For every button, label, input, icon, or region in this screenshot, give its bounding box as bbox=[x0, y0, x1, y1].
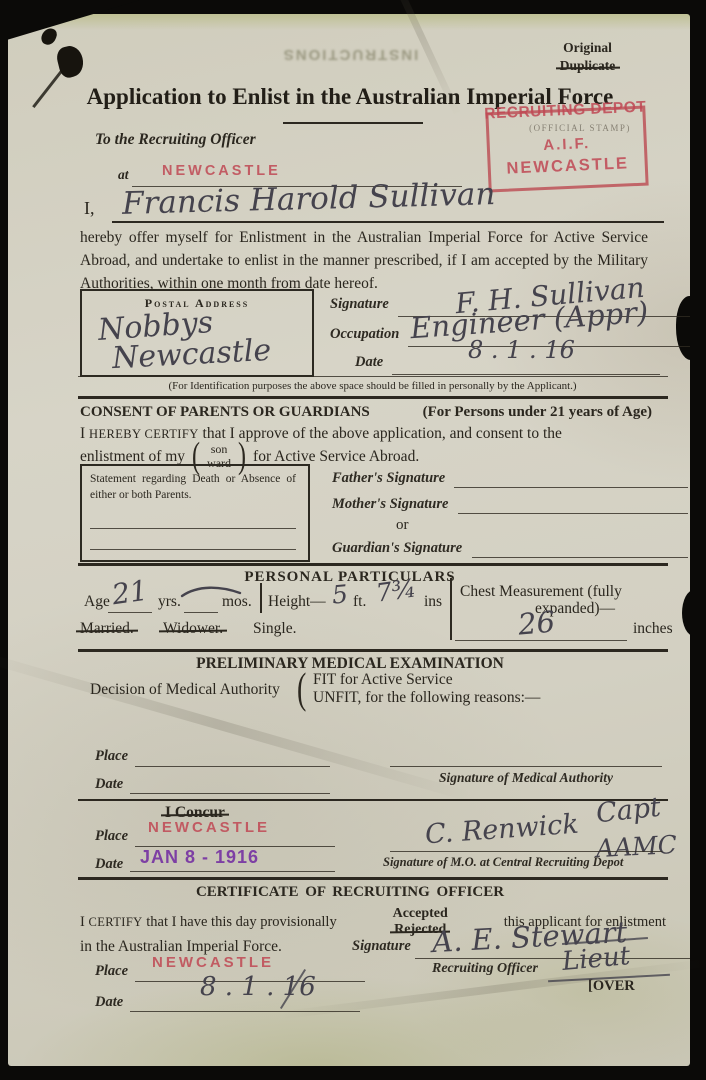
i-label: I, bbox=[84, 198, 95, 219]
height-ft-handwriting: 5 bbox=[331, 579, 349, 609]
age-write-line bbox=[108, 612, 152, 613]
section-rule bbox=[78, 396, 668, 399]
guardian-signature-line bbox=[472, 557, 688, 558]
recruiting-depot-stamp: RECRUITING DEPOT A.I.F. NEWCASTLE bbox=[485, 106, 648, 193]
certificate-heading: CERTIFICATE OF RECRUITING OFFICER bbox=[40, 884, 660, 901]
officer-rank-handwriting: Lieut bbox=[561, 941, 632, 977]
salutation: To the Recruiting Officer bbox=[95, 131, 256, 149]
name-write-line bbox=[112, 221, 664, 223]
medical-place-line bbox=[135, 766, 330, 767]
single-label: Single. bbox=[253, 620, 297, 638]
height-label: Height— bbox=[268, 593, 326, 611]
chest-write-line bbox=[455, 640, 627, 641]
age-label: Age bbox=[84, 593, 110, 611]
date-handwriting: 8 . 1 . 16 bbox=[468, 336, 575, 364]
concur-date-label: Date bbox=[95, 856, 123, 873]
father-signature-line bbox=[454, 487, 688, 488]
chest-divider bbox=[450, 578, 452, 640]
concur-place-label: Place bbox=[95, 828, 128, 845]
over-label: [OVER bbox=[588, 978, 635, 995]
section-rule bbox=[78, 877, 668, 880]
consent-heading-main: CONSENT OF PARENTS OR GUARDIANS bbox=[80, 404, 370, 421]
edge-tear bbox=[676, 296, 706, 360]
authority-signature-line bbox=[390, 766, 662, 767]
duplicate-label: Duplicate bbox=[545, 58, 630, 74]
medical-date-line bbox=[130, 793, 330, 794]
at-place-stamp: NEWCASTLE bbox=[162, 163, 281, 179]
recruiting-officer-label: Recruiting Officer bbox=[432, 961, 538, 977]
concur-place-stamp: NEWCASTLE bbox=[148, 819, 270, 836]
statement-blank-line bbox=[90, 549, 296, 550]
mos-write-line bbox=[184, 612, 218, 613]
medical-place-label: Place bbox=[95, 748, 128, 765]
consent-rest: that I approve of the above application,… bbox=[203, 425, 562, 442]
postal-line2-handwriting: Newcastle bbox=[111, 333, 272, 376]
father-signature-label: Father's Signature bbox=[332, 470, 445, 487]
ins-label: ins bbox=[424, 593, 442, 611]
medical-date-label: Date bbox=[95, 776, 123, 793]
certificate-place-label: Place bbox=[95, 963, 128, 980]
chest-label-line2: expanded)— bbox=[460, 600, 690, 618]
particulars-divider bbox=[260, 583, 262, 613]
date-write-line bbox=[392, 374, 660, 375]
section-rule bbox=[78, 563, 668, 566]
identification-note: (For Identification purposes the above s… bbox=[85, 380, 660, 392]
concur-date-line bbox=[130, 871, 335, 872]
decision-label: Decision of Medical Authority bbox=[90, 681, 280, 699]
section-rule bbox=[78, 799, 668, 801]
or-label: or bbox=[396, 517, 409, 534]
section-line bbox=[78, 376, 668, 377]
certificate-place-stamp: NEWCASTLE bbox=[152, 954, 274, 971]
consent-certify: HEREBY CERTIFY bbox=[89, 427, 199, 441]
consent-heading-qualifier: (For Persons under 21 years of Age) bbox=[423, 404, 652, 421]
inches-label: inches bbox=[633, 620, 673, 638]
height-ins-handwriting: 7¾ bbox=[374, 573, 418, 607]
certificate-signature-line bbox=[415, 958, 690, 959]
certificate-signature-label: Signature bbox=[352, 938, 411, 955]
consent-lead: I bbox=[80, 425, 85, 442]
mo-signature-line bbox=[390, 851, 662, 852]
mos-label: mos. bbox=[222, 593, 252, 611]
consent-heading: CONSENT OF PARENTS OR GUARDIANS (For Per… bbox=[80, 404, 652, 421]
guardian-signature-label: Guardian's Signature bbox=[332, 540, 462, 557]
occupation-label: Occupation bbox=[330, 326, 399, 343]
chest-label-line1: Chest Measurement (fully bbox=[460, 583, 690, 601]
fit-line: FIT for Active Service bbox=[313, 671, 453, 689]
widower-label: Widower. bbox=[163, 620, 223, 638]
decision-brace: ( bbox=[297, 665, 306, 715]
certificate-lead: I CERTIFY that I have this day provision… bbox=[80, 914, 337, 931]
section-rule bbox=[78, 649, 668, 652]
mother-signature-line bbox=[458, 513, 688, 514]
ft-label: ft. bbox=[353, 593, 366, 611]
signature-label: Signature bbox=[330, 296, 389, 313]
reverse-bleed-text: INSTRUCTIONS bbox=[240, 46, 460, 63]
at-label: at bbox=[118, 167, 129, 183]
mo-signature-label: Signature of M.O. at Central Recruiting … bbox=[383, 855, 663, 870]
certificate-date-label: Date bbox=[95, 994, 123, 1011]
chest-handwriting: 26 bbox=[517, 604, 557, 641]
postal-address-box: Postal Address Nobbys Newcastle bbox=[80, 289, 314, 377]
married-label: Married. bbox=[80, 620, 134, 638]
mother-signature-label: Mother's Signature bbox=[332, 496, 448, 513]
title-underline bbox=[283, 122, 423, 124]
date-label: Date bbox=[355, 354, 383, 371]
relation-son: son bbox=[211, 443, 228, 457]
original-label: Original bbox=[545, 40, 630, 56]
stamp-line-3: NEWCASTLE bbox=[490, 154, 645, 180]
yrs-label: yrs. bbox=[158, 593, 181, 611]
age-handwriting: 21 bbox=[110, 574, 150, 612]
certificate-date-line bbox=[130, 1011, 360, 1012]
concur-date-stamp: JAN 8 - 1916 bbox=[140, 847, 259, 868]
statement-blank-line bbox=[90, 528, 296, 529]
statement-box: Statement regarding Death or Absence of … bbox=[80, 464, 310, 562]
authority-signature-label: Signature of Medical Authority bbox=[390, 770, 662, 786]
unfit-line: UNFIT, for the following reasons:— bbox=[313, 689, 540, 707]
scanned-document: Original Duplicate INSTRUCTIONS Applicat… bbox=[0, 0, 706, 1080]
stamp-line-2: A.I.F. bbox=[490, 133, 645, 157]
statement-box-text: Statement regarding Death or Absence of … bbox=[90, 472, 296, 503]
accepted-label: Accepted bbox=[393, 906, 448, 922]
